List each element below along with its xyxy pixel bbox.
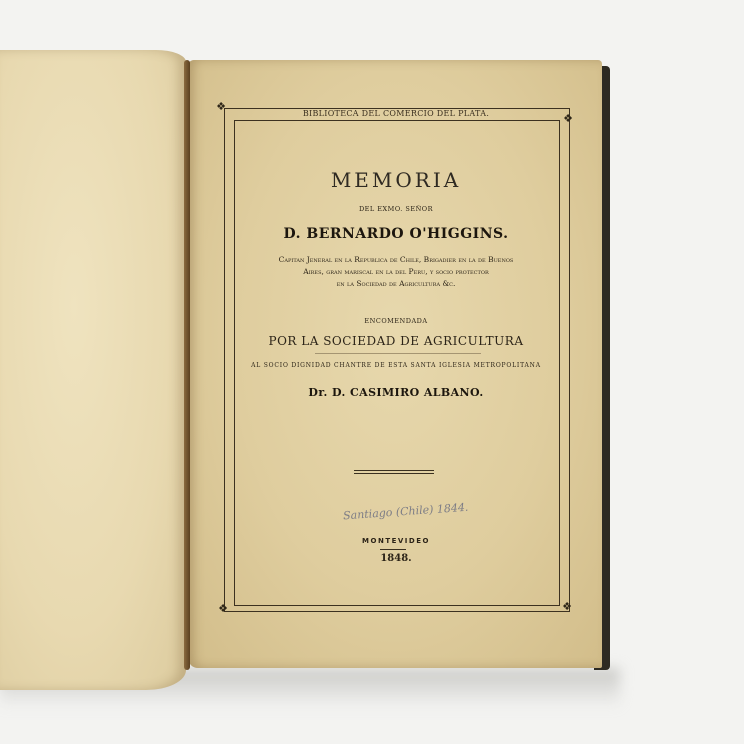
divider [380,549,406,550]
description-line: Aires, gran mariscal en la del Peru, y s… [234,266,558,278]
page-title: MEMORIA [234,168,558,192]
honorific: DEL EXMO. SEÑOR [234,205,558,213]
double-divider [354,470,434,474]
ornament-corner-icon: ❖ [563,114,573,124]
society-name: POR LA SOCIEDAD DE AGRICULTURA [234,334,558,348]
dedication: AL SOCIO DIGNIDAD CHANTRE DE ESTA SANTA … [234,362,558,369]
author-name: D. BERNARDO O'HIGGINS. [234,226,558,242]
description-line: Capitan Jeneral en la Republica de Chile… [234,254,558,266]
ornament-corner-icon: ❖ [562,602,572,612]
author-description: Capitan Jeneral en la Republica de Chile… [234,254,558,290]
ornament-corner-icon: ❖ [216,102,226,112]
ornament-corner-icon: ❖ [218,604,228,614]
recipient-name: Dr. D. CASIMIRO ALBANO. [234,386,558,399]
divider [315,353,481,354]
imprint-year: 1848. [234,553,558,564]
description-line: en la Sociedad de Agricultura &c. [234,278,558,290]
imprint-city: MONTEVIDEO [234,537,558,545]
series-header: BIBLIOTECA DEL COMERCIO DEL PLATA. [234,108,558,120]
commissioned-label: ENCOMENDADA [234,317,558,325]
book-gutter [184,60,190,670]
left-blank-page [0,50,186,690]
